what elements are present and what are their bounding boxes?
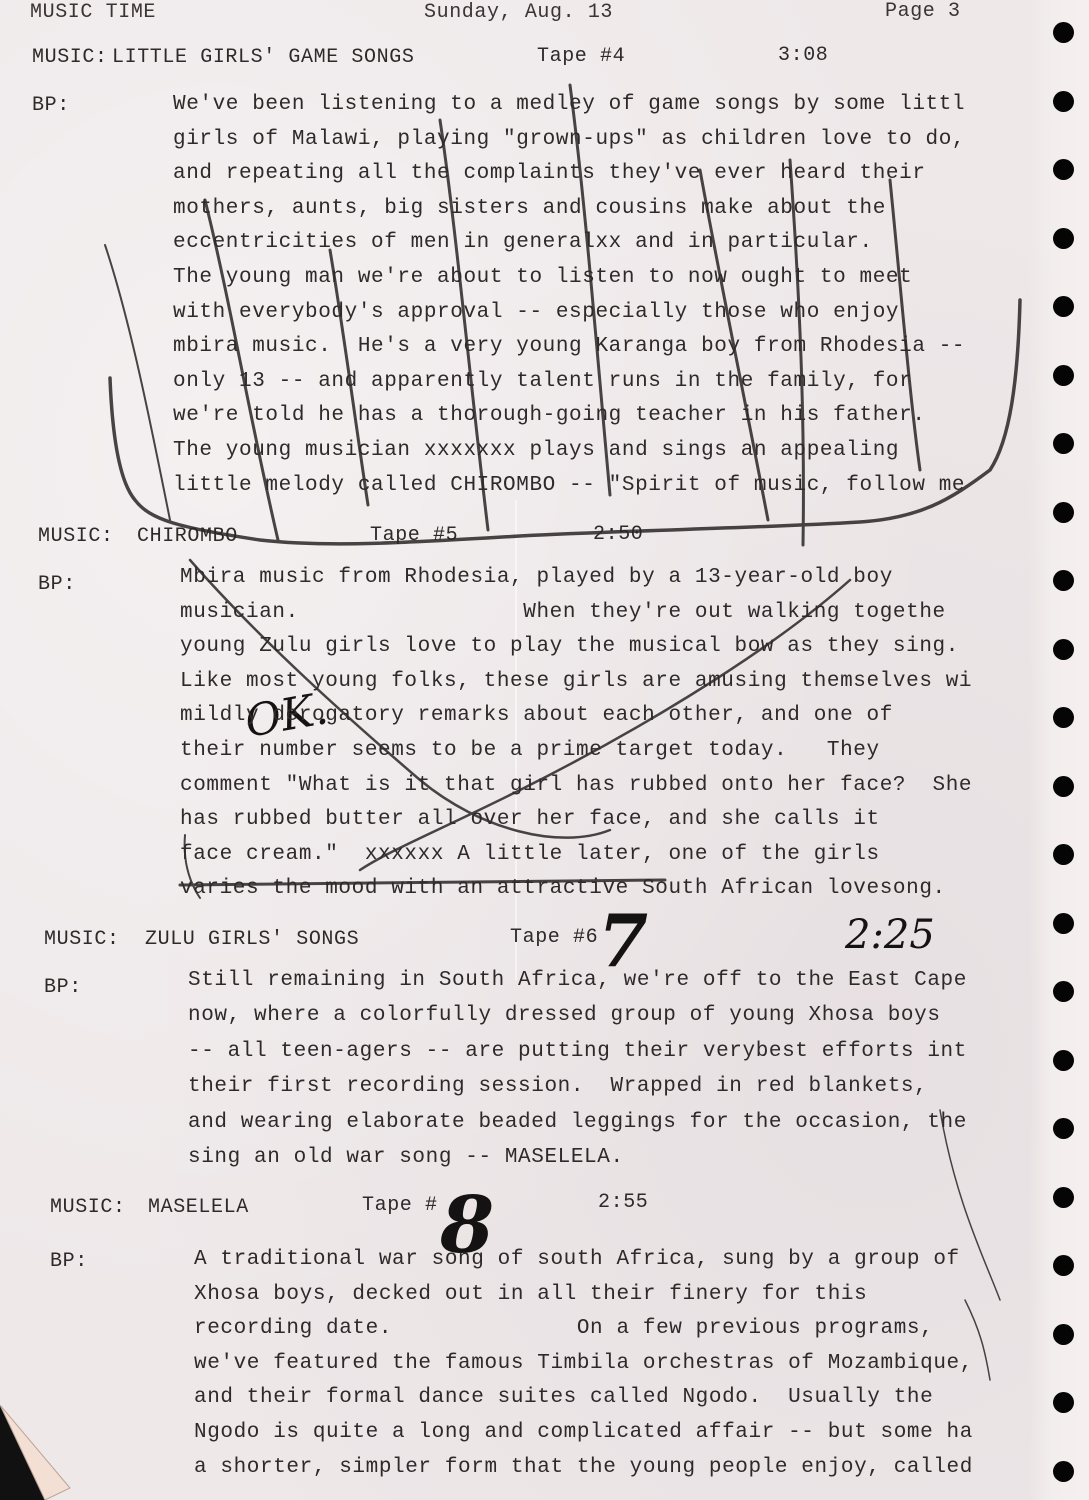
script-line: varies the mood with an attractive South…: [180, 878, 946, 899]
script-line: A traditional war song of south Africa, …: [194, 1249, 960, 1270]
music-cue-label: MUSIC:: [44, 930, 120, 950]
punch-hole: [1053, 1324, 1074, 1345]
script-line: mbira music. He's a very young Karanga b…: [173, 336, 965, 357]
script-line: Ngodo is quite a long and complicated af…: [194, 1422, 973, 1443]
music-cue-tape: Tape #4: [537, 47, 625, 67]
script-line: and wearing elaborate beaded leggings fo…: [188, 1112, 967, 1133]
script-line: now, where a colorfully dressed group of…: [188, 1005, 941, 1026]
script-line: we're told he has a thorough-going teach…: [173, 405, 926, 426]
script-line: girls of Malawi, playing "grown-ups" as …: [173, 129, 965, 150]
script-line: musician. When they're out walking toget…: [180, 602, 946, 623]
punch-hole: [1053, 502, 1074, 523]
punch-hole: [1053, 22, 1074, 43]
punch-hole: [1053, 159, 1074, 180]
script-line: Xhosa boys, decked out in all their fine…: [194, 1284, 867, 1305]
speaker-label: BP:: [32, 96, 70, 116]
script-line: The young musician xxxxxxx plays and sin…: [173, 440, 899, 461]
script-line: eccentricities of men in generalxx and i…: [173, 232, 873, 253]
music-cue-label: MUSIC:: [50, 1198, 126, 1218]
punch-hole: [1053, 433, 1074, 454]
punch-hole: [1053, 844, 1074, 865]
punch-hole: [1053, 776, 1074, 797]
punch-hole: [1053, 1050, 1074, 1071]
punch-hole: [1053, 1392, 1074, 1413]
script-line: and repeating all the complaints they've…: [173, 163, 926, 184]
music-cue-title: MASELELA: [148, 1198, 249, 1218]
script-line: mildly derogatory remarks about each oth…: [180, 705, 893, 726]
music-cue-duration: 3:08: [778, 46, 828, 66]
script-line: -- all teen-agers -- are putting their v…: [188, 1041, 967, 1062]
broadcast-date: Sunday, Aug. 13: [424, 3, 613, 23]
punch-hole: [1053, 570, 1074, 591]
punch-hole: [1053, 365, 1074, 386]
script-line: young Zulu girls love to play the musica…: [180, 636, 959, 657]
music-cue-title: LITTLE GIRLS' GAME SONGS: [112, 48, 414, 68]
script-line: Mbira music from Rhodesia, played by a 1…: [180, 567, 893, 588]
script-line: has rubbed butter all over her face, and…: [180, 809, 880, 830]
music-cue-tape: Tape #: [362, 1196, 438, 1216]
handwritten-duration: 2:25: [845, 912, 935, 958]
script-line: The young man we're about to listen to n…: [173, 267, 912, 288]
music-cue-title: ZULU GIRLS' SONGS: [145, 930, 359, 950]
punch-hole: [1053, 707, 1074, 728]
speaker-label: BP:: [50, 1252, 88, 1272]
script-line: only 13 -- and apparently talent runs in…: [173, 371, 912, 392]
script-line: little melody called CHIROMBO -- "Spirit…: [173, 475, 965, 496]
folded-corner: [0, 1405, 75, 1500]
script-line: Like most young folks, these girls are a…: [180, 671, 972, 692]
music-cue-title: CHIROMBO: [137, 527, 238, 547]
punch-hole: [1053, 1461, 1074, 1482]
punch-hole: [1053, 1187, 1074, 1208]
script-line: a shorter, simpler form that the young p…: [194, 1457, 973, 1478]
page-number: Page 3: [885, 2, 961, 22]
script-line: comment "What is it that girl has rubbed…: [180, 775, 972, 796]
punch-hole: [1053, 1255, 1074, 1276]
punch-hole: [1053, 639, 1074, 660]
script-line: recording date. On a few previous progra…: [194, 1318, 933, 1339]
script-line: and their formal dance suites called Ngo…: [194, 1387, 933, 1408]
script-line: with everybody's approval -- especially …: [173, 302, 899, 323]
script-line: sing an old war song -- MASELELA.: [188, 1147, 624, 1168]
script-line: We've been listening to a medley of game…: [173, 94, 965, 115]
punch-hole: [1053, 228, 1074, 249]
punch-hole: [1053, 296, 1074, 317]
script-line: we've featured the famous Timbila orches…: [194, 1353, 973, 1374]
script-line: Still remaining in South Africa, we're o…: [188, 970, 967, 991]
music-cue-label: MUSIC:: [32, 48, 108, 68]
punch-hole: [1053, 91, 1074, 112]
music-cue-duration: 2:55: [598, 1193, 648, 1213]
punch-hole: [1053, 1118, 1074, 1139]
script-line: their first recording session. Wrapped i…: [188, 1076, 927, 1097]
punch-holes: [1053, 0, 1075, 1500]
speaker-label: BP:: [44, 978, 82, 998]
script-line: face cream." xxxxxx A little later, one …: [180, 844, 880, 865]
punch-hole: [1053, 913, 1074, 934]
music-cue-tape: Tape #6: [510, 928, 598, 948]
punch-hole: [1053, 981, 1074, 1002]
music-cue-tape: Tape #5: [370, 526, 458, 546]
music-cue-label: MUSIC:: [38, 527, 114, 547]
script-line: their number seems to be a prime target …: [180, 740, 880, 761]
speaker-label: BP:: [38, 575, 76, 595]
program-title: MUSIC TIME: [30, 3, 156, 23]
music-cue-duration: 2:50: [593, 525, 643, 545]
script-line: mothers, aunts, big sisters and cousins …: [173, 198, 886, 219]
